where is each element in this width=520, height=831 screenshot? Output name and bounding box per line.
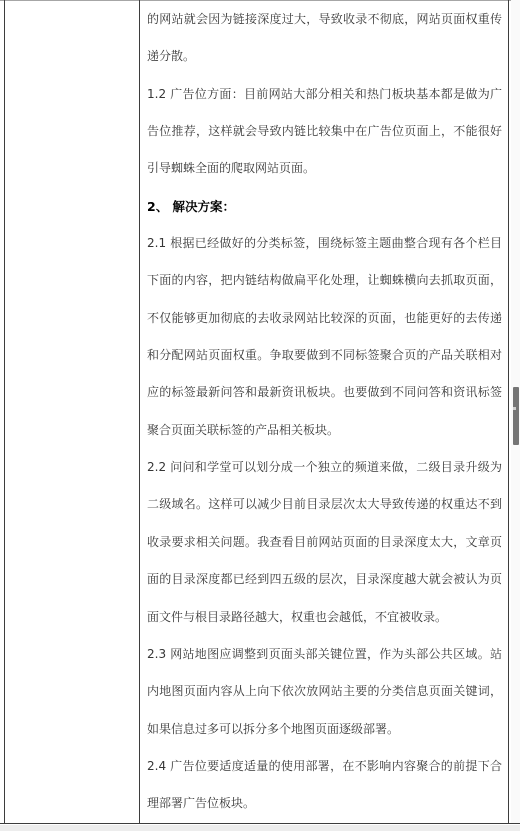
table-right-border <box>508 0 509 824</box>
text-line: 收录要求相关问题。我查看目前网站页面的目录深度太大，文章页 <box>147 524 502 561</box>
text-line: 内地图页面内容从上向下依次放网站主要的分类信息页面关键词， <box>147 673 502 710</box>
text-line: 面的目录深度都已经到四五级的层次，目录深度越大就会被认为页 <box>147 561 502 598</box>
text-line: 如果信息过多可以拆分多个地图页面逐级部署。 <box>147 711 502 748</box>
text-line: 面文件与根目录路径越大，权重也会越低，不宜被收录。 <box>147 599 502 636</box>
document-text-cell[interactable]: 的网站就会因为链接深度过大，导致收录不彻底，网站页面权重传递分散。1.2 广告位… <box>147 1 502 823</box>
text-line: 2.2 问问和学堂可以划分成一个独立的频道来做，二级目录升级为 <box>147 449 502 486</box>
text-line: 2.3 网站地图应调整到页面头部关键位置，作为头部公共区域。站 <box>147 636 502 673</box>
text-line: 和分配网站页面权重。争取要做到不同标签聚合页的产品关联相对 <box>147 337 502 374</box>
text-line: 聚合页面关联标签的产品相关板块。 <box>147 412 502 449</box>
text-line: 二级域名。这样可以减少目前目录层次太大导致传递的权重达不到 <box>147 486 502 523</box>
scrollbar-track[interactable] <box>511 0 520 823</box>
scrollbar-grip-mark <box>513 407 516 410</box>
table-column-divider <box>139 0 140 824</box>
page-margin-below-table <box>0 825 520 831</box>
text-line: 下面的内容，把内链结构做扁平化处理，让蜘蛛横向去抓取页面， <box>147 262 502 299</box>
text-line: 2、 解决方案： <box>147 188 502 225</box>
scrollbar-thumb[interactable] <box>513 387 519 445</box>
text-line: 不仅能够更加彻底的去收录网站比较深的页面，也能更好的去传递 <box>147 300 502 337</box>
text-line: 引导蜘蛛全面的爬取网站页面。 <box>147 150 502 187</box>
text-line: 的网站就会因为链接深度过大，导致收录不彻底，网站页面权重传 <box>147 1 502 38</box>
document-page: 的网站就会因为链接深度过大，导致收录不彻底，网站页面权重传递分散。1.2 广告位… <box>0 0 520 831</box>
table-bottom-border <box>0 823 520 824</box>
text-line: 2.1 根据已经做好的分类标签，围绕标签主题曲整合现有各个栏目 <box>147 225 502 262</box>
text-line: 2.4 广告位要适度适量的使用部署，在不影响内容聚合的前提下合 <box>147 748 502 785</box>
text-line: 理部署广告位板块。 <box>147 785 502 822</box>
text-line: 递分散。 <box>147 38 502 75</box>
text-line: 1.2 广告位方面：目前网站大部分相关和热门板块基本都是做为广 <box>147 76 502 113</box>
table-cell-left-empty[interactable] <box>5 1 139 823</box>
text-line: 应的标签最新问答和最新资讯板块。也要做到不同问答和资讯标签 <box>147 374 502 411</box>
text-line: 告位推荐，这样就会导致内链比较集中在广告位页面上，不能很好 <box>147 113 502 150</box>
